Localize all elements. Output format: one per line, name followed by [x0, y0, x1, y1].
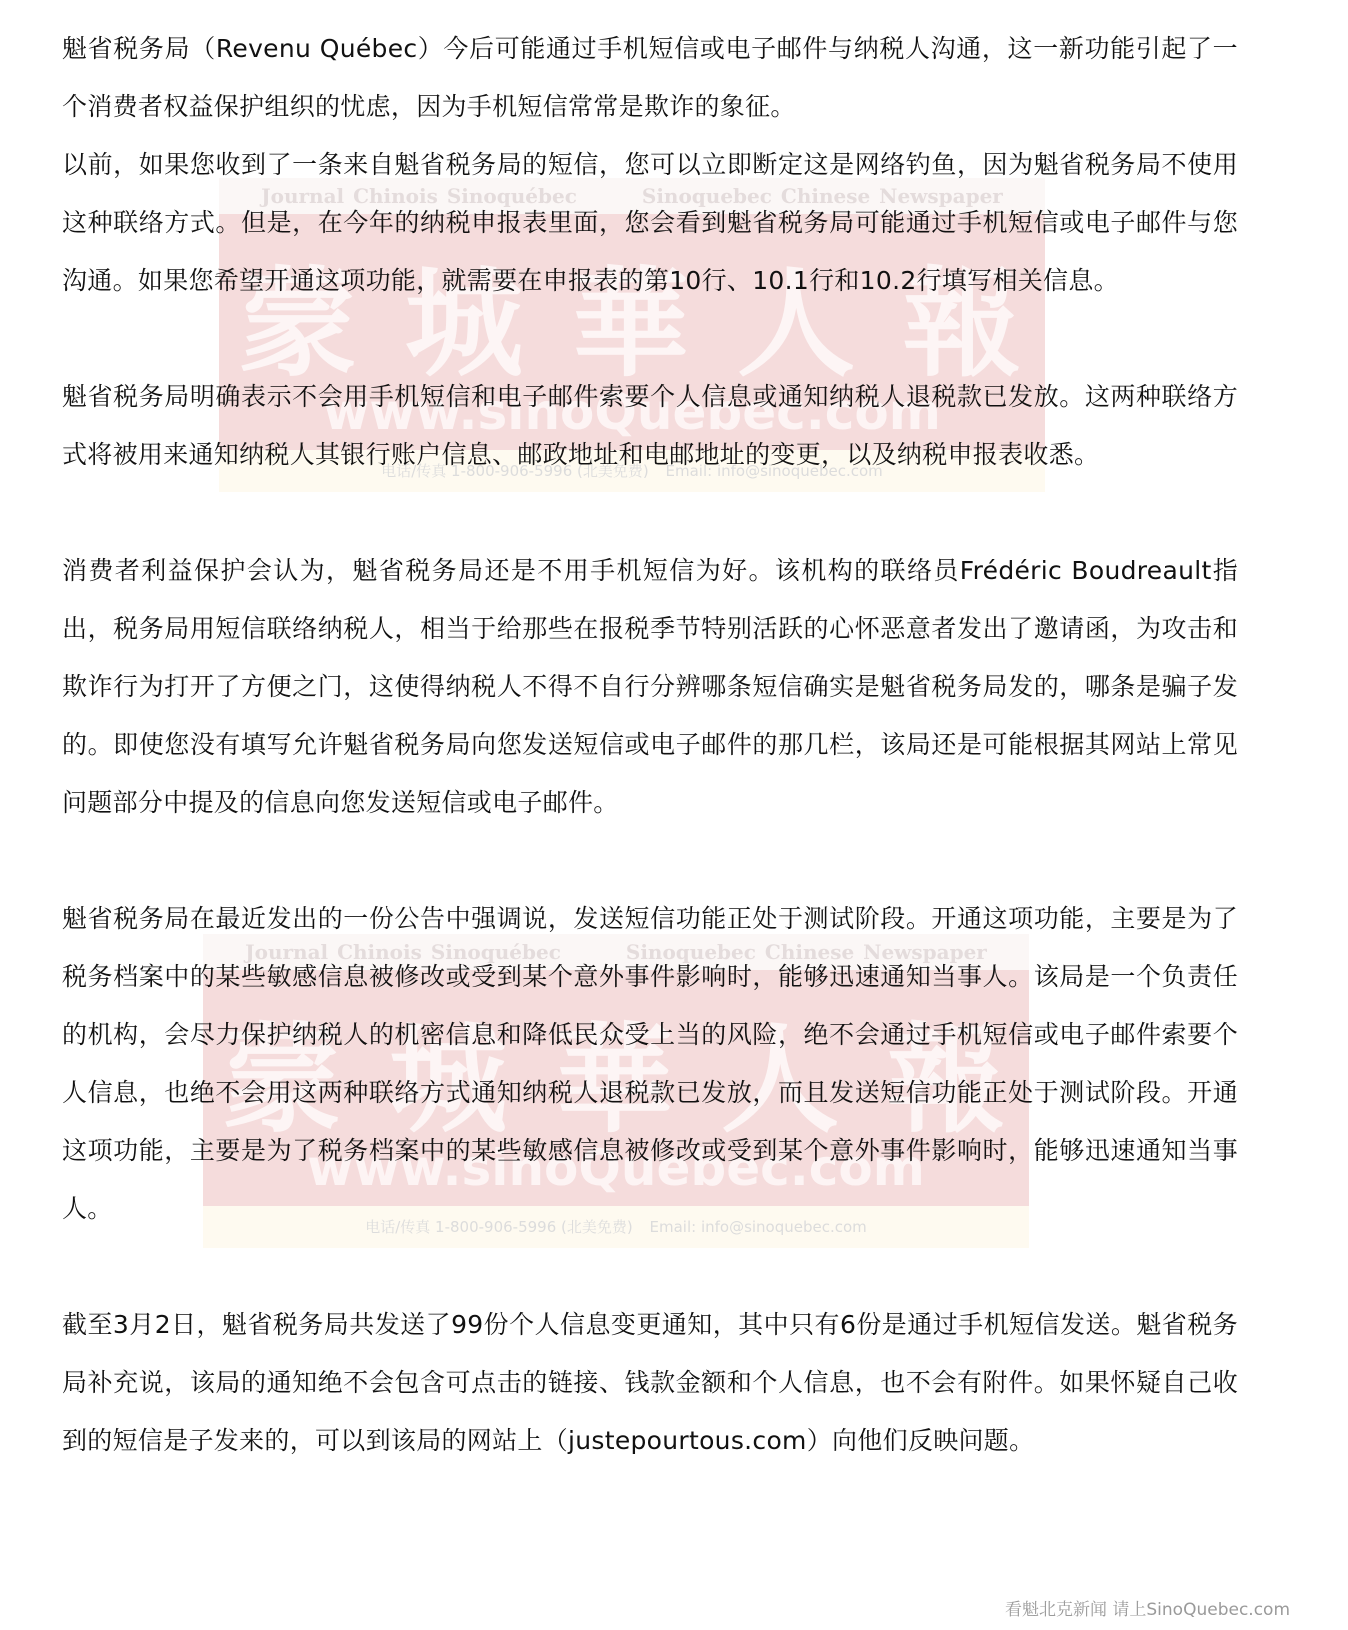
source-credit: 看魁北克新闻 请上SinoQuebec.com [1005, 1595, 1290, 1620]
article-paragraph-intro: 魁省税务局（Revenu Québec）今后可能通过手机短信或电子邮件与纳税人沟… [62, 20, 1238, 136]
article-paragraph-statistics: 截至3月2日，魁省税务局共发送了99份个人信息变更通知，其中只有6份是通过手机短… [62, 1296, 1238, 1470]
article-paragraph-consumer-group: 消费者利益保护会认为，魁省税务局还是不用手机短信为好。该机构的联络员Frédér… [62, 542, 1238, 832]
article-paragraph-policy: 魁省税务局明确表示不会用手机短信和电子邮件索要个人信息或通知纳税人退税款已发放。… [62, 368, 1238, 484]
paragraph-spacer [62, 310, 1238, 368]
article-paragraph-announcement: 魁省税务局在最近发出的一份公告中强调说，发送短信功能正处于测试阶段。开通这项功能… [62, 890, 1238, 1238]
paragraph-spacer [62, 484, 1238, 542]
article-body: 魁省税务局（Revenu Québec）今后可能通过手机短信或电子邮件与纳税人沟… [0, 0, 1238, 1470]
paragraph-spacer [62, 832, 1238, 890]
article-paragraph-background: 以前，如果您收到了一条来自魁省税务局的短信，您可以立即断定这是网络钓鱼，因为魁省… [62, 136, 1238, 310]
paragraph-spacer [62, 1238, 1238, 1296]
